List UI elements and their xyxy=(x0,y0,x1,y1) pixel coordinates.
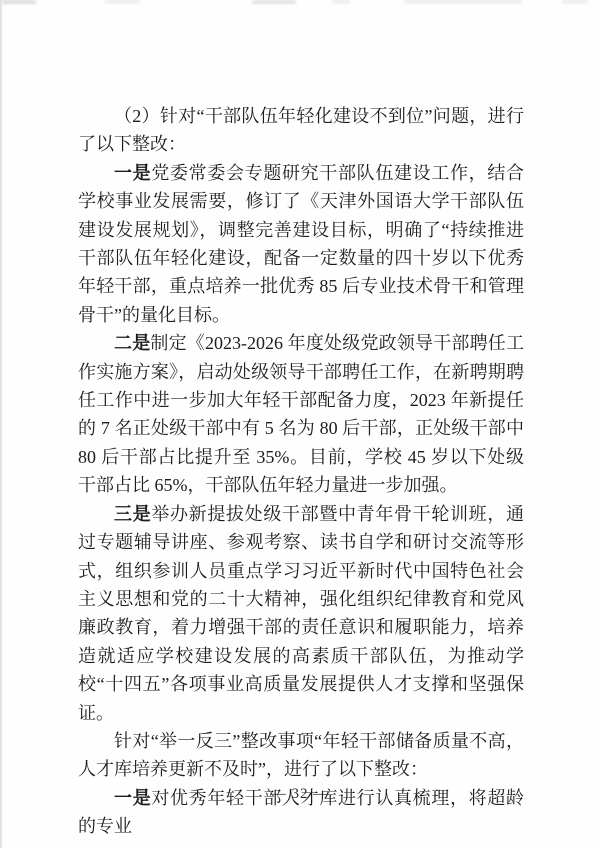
paragraph-text: 党委常委会专题研究干部队伍建设工作，结合学校事业发展需要，修订了《天津外国语大学… xyxy=(78,163,524,325)
scan-artifact xyxy=(252,0,296,4)
paragraph-text: （2）针对“干部队伍年轻化建设不到位”问题，进行了以下整改： xyxy=(78,106,524,154)
paragraph-text: 针对“举一反三”整改事项“年轻干部储备质量不高，人才库培养更新不及时”，进行了以… xyxy=(78,731,524,779)
document-body: （2）针对“干部队伍年轻化建设不到位”问题，进行了以下整改： 一是党委常委会专题… xyxy=(78,102,524,841)
paragraph-text: 制定《2023-2026 年度处级党政领导干部聘任工作实施方案》，启动处级领导干… xyxy=(78,333,524,495)
page-left-edge-shadow xyxy=(0,0,3,848)
paragraph: 针对“举一反三”整改事项“年轻干部储备质量不高，人才库培养更新不及时”，进行了以… xyxy=(78,727,524,784)
paragraph: （2）针对“干部队伍年轻化建设不到位”问题，进行了以下整改： xyxy=(78,102,524,159)
scan-artifact xyxy=(332,0,350,3)
paragraph-text: 举办新提拔处级干部暨中青年骨干轮训班，通过专题辅导讲座、参观考察、读书自学和研讨… xyxy=(78,504,524,723)
paragraph-lead: 一是 xyxy=(114,163,151,183)
document-page: （2）针对“干部队伍年轻化建设不到位”问题，进行了以下整改： 一是党委常委会专题… xyxy=(0,0,600,848)
paragraph-lead: 二是 xyxy=(114,333,150,353)
paragraph: 一是党委常委会专题研究干部队伍建设工作，结合学校事业发展需要，修订了《天津外国语… xyxy=(78,159,524,329)
paragraph: 二是制定《2023-2026 年度处级党政领导干部聘任工作实施方案》，启动处级领… xyxy=(78,329,524,499)
page-number: — 32 — xyxy=(0,786,600,803)
scan-artifact xyxy=(562,0,588,3)
scan-artifact xyxy=(404,0,522,3)
scan-artifact xyxy=(104,0,140,3)
scan-artifact xyxy=(2,0,36,4)
paragraph-lead: 三是 xyxy=(114,504,151,524)
paragraph: 三是举办新提拔处级干部暨中青年骨干轮训班，通过专题辅导讲座、参观考察、读书自学和… xyxy=(78,500,524,727)
